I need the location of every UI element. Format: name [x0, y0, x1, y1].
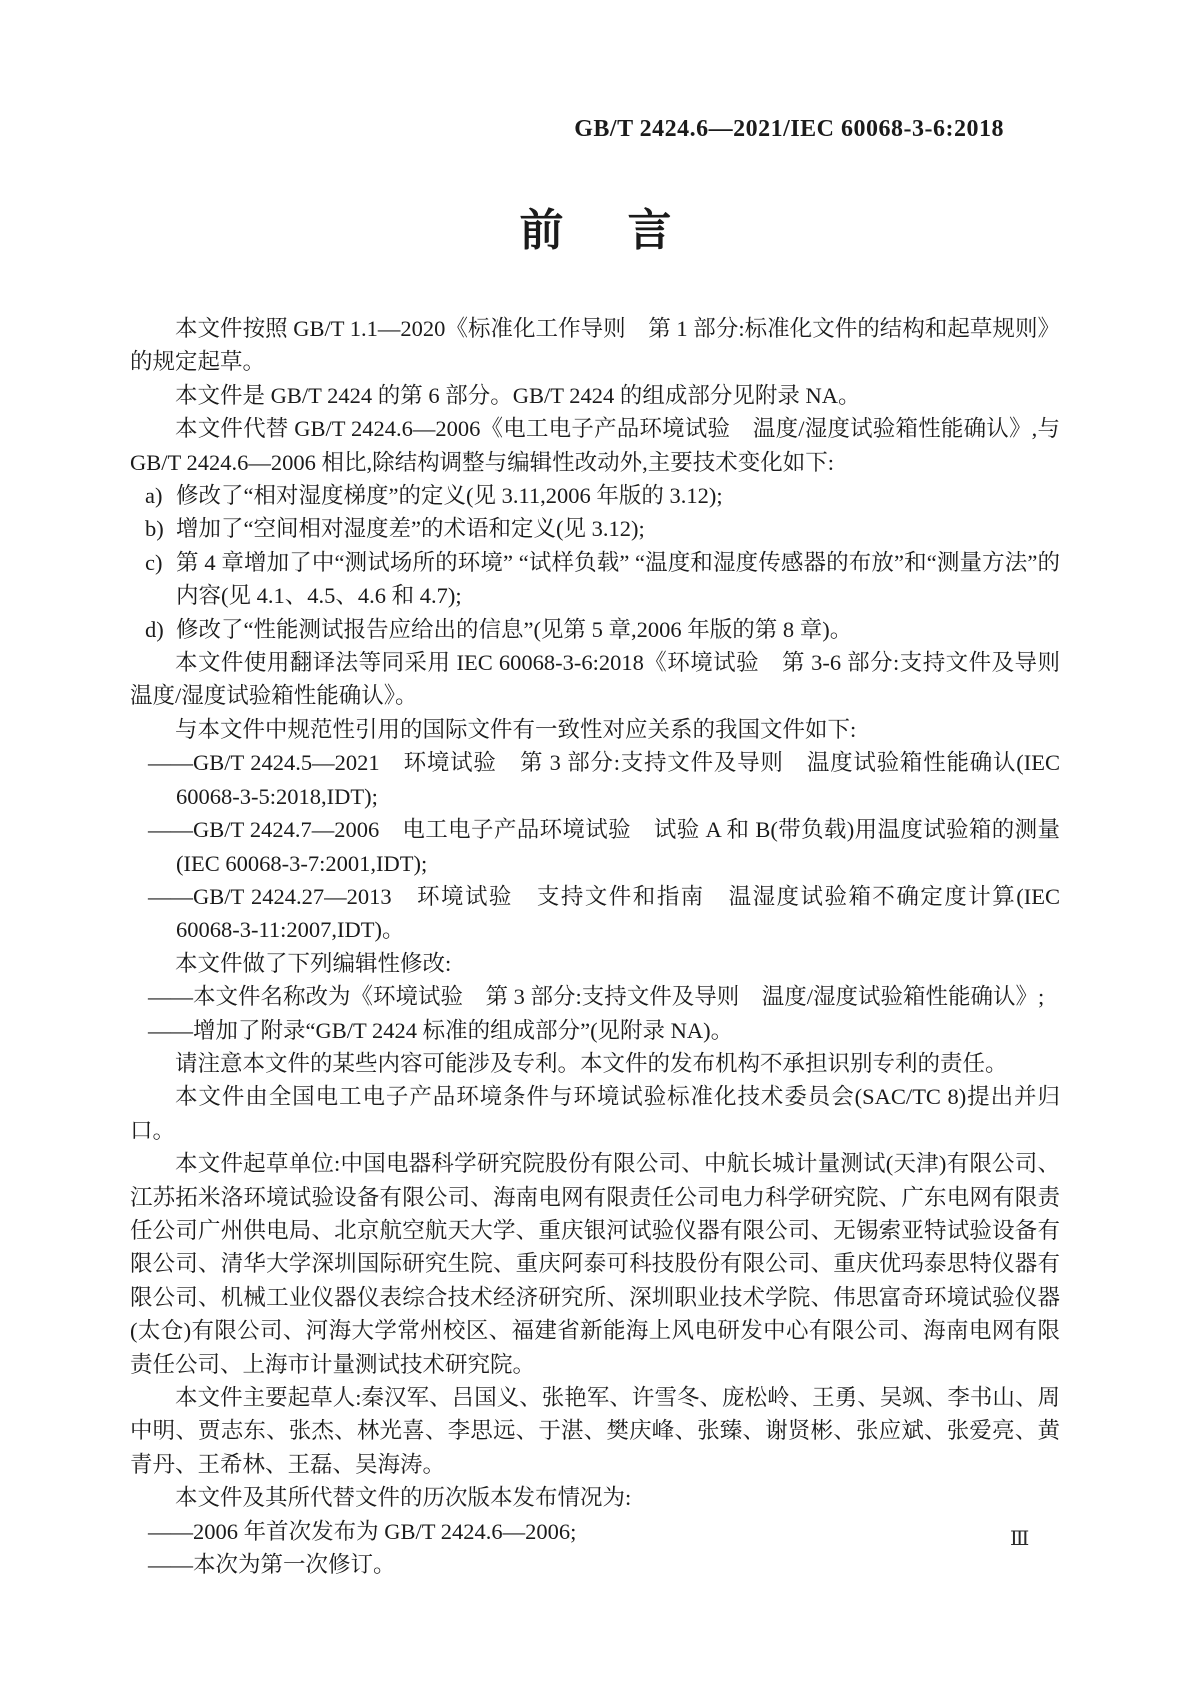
foreword-paragraph: 本文件按照 GB/T 1.1—2020《标准化工作导则 第 1 部分:标准化文件… — [130, 312, 1060, 379]
list-item-text: 修改了“性能测试报告应给出的信息”(见第 5 章,2006 年版的第 8 章)。 — [176, 617, 852, 642]
foreword-list-item: ——2006 年首次发布为 GB/T 2424.6—2006; — [130, 1515, 1060, 1548]
foreword-list-item: ——本文件名称改为《环境试验 第 3 部分:支持文件及导则 温度/湿度试验箱性能… — [130, 980, 1060, 1013]
foreword-list-item: c)第 4 章增加了中“测试场所的环境” “试样负载” “温度和湿度传感器的布放… — [130, 546, 1060, 613]
foreword-body: 本文件按照 GB/T 1.1—2020《标准化工作导则 第 1 部分:标准化文件… — [130, 312, 1060, 1581]
foreword-list-item: d)修改了“性能测试报告应给出的信息”(见第 5 章,2006 年版的第 8 章… — [130, 613, 1060, 646]
list-item-marker: d) — [145, 613, 164, 646]
running-header-standard-number: GB/T 2424.6—2021/IEC 60068-3-6:2018 — [0, 116, 1004, 143]
page-number: Ⅲ — [1010, 1526, 1029, 1551]
foreword-paragraph: 本文件做了下列编辑性修改: — [130, 947, 1060, 980]
list-item-text: 增加了“空间相对湿度差”的术语和定义(见 3.12); — [176, 516, 645, 541]
foreword-list-item: ——GB/T 2424.27—2013 环境试验 支持文件和指南 温湿度试验箱不… — [130, 880, 1060, 947]
page-title: 前言 — [0, 194, 1191, 258]
foreword-paragraph: 本文件起草单位:中国电器科学研究院股份有限公司、中航长城计量测试(天津)有限公司… — [130, 1147, 1060, 1381]
list-item-marker: b) — [145, 512, 164, 545]
foreword-paragraph: 请注意本文件的某些内容可能涉及专利。本文件的发布机构不承担识别专利的责任。 — [130, 1047, 1060, 1080]
foreword-paragraph: 本文件及其所代替文件的历次版本发布情况为: — [130, 1481, 1060, 1514]
foreword-paragraph: 本文件由全国电工电子产品环境条件与环境试验标准化技术委员会(SAC/TC 8)提… — [130, 1080, 1060, 1147]
document-page: GB/T 2424.6—2021/IEC 60068-3-6:2018 前言 本… — [0, 0, 1191, 1684]
foreword-list-item: ——GB/T 2424.7—2006 电工电子产品环境试验 试验 A 和 B(带… — [130, 813, 1060, 880]
list-item-text: 第 4 章增加了中“测试场所的环境” “试样负载” “温度和湿度传感器的布放”和… — [176, 550, 1060, 608]
foreword-list-item: b)增加了“空间相对湿度差”的术语和定义(见 3.12); — [130, 512, 1060, 545]
foreword-paragraph: 本文件是 GB/T 2424 的第 6 部分。GB/T 2424 的组成部分见附… — [130, 379, 1060, 412]
foreword-list-item: ——增加了附录“GB/T 2424 标准的组成部分”(见附录 NA)。 — [130, 1014, 1060, 1047]
foreword-paragraph: 本文件代替 GB/T 2424.6—2006《电工电子产品环境试验 温度/湿度试… — [130, 412, 1060, 479]
list-item-marker: c) — [145, 546, 162, 579]
page-title-text: 前言 — [520, 206, 736, 255]
foreword-paragraph: 本文件使用翻译法等同采用 IEC 60068-3-6:2018《环境试验 第 3… — [130, 646, 1060, 713]
list-item-text: 修改了“相对湿度梯度”的定义(见 3.11,2006 年版的 3.12); — [176, 483, 723, 508]
foreword-paragraph: 与本文件中规范性引用的国际文件有一致性对应关系的我国文件如下: — [130, 713, 1060, 746]
foreword-list-item: a)修改了“相对湿度梯度”的定义(见 3.11,2006 年版的 3.12); — [130, 479, 1060, 512]
list-item-marker: a) — [145, 479, 162, 512]
foreword-list-item: ——本次为第一次修订。 — [130, 1548, 1060, 1581]
foreword-list-item: ——GB/T 2424.5—2021 环境试验 第 3 部分:支持文件及导则 温… — [130, 746, 1060, 813]
foreword-paragraph: 本文件主要起草人:秦汉军、吕国义、张艳军、许雪冬、庞松岭、王勇、吴飒、李书山、周… — [130, 1381, 1060, 1481]
